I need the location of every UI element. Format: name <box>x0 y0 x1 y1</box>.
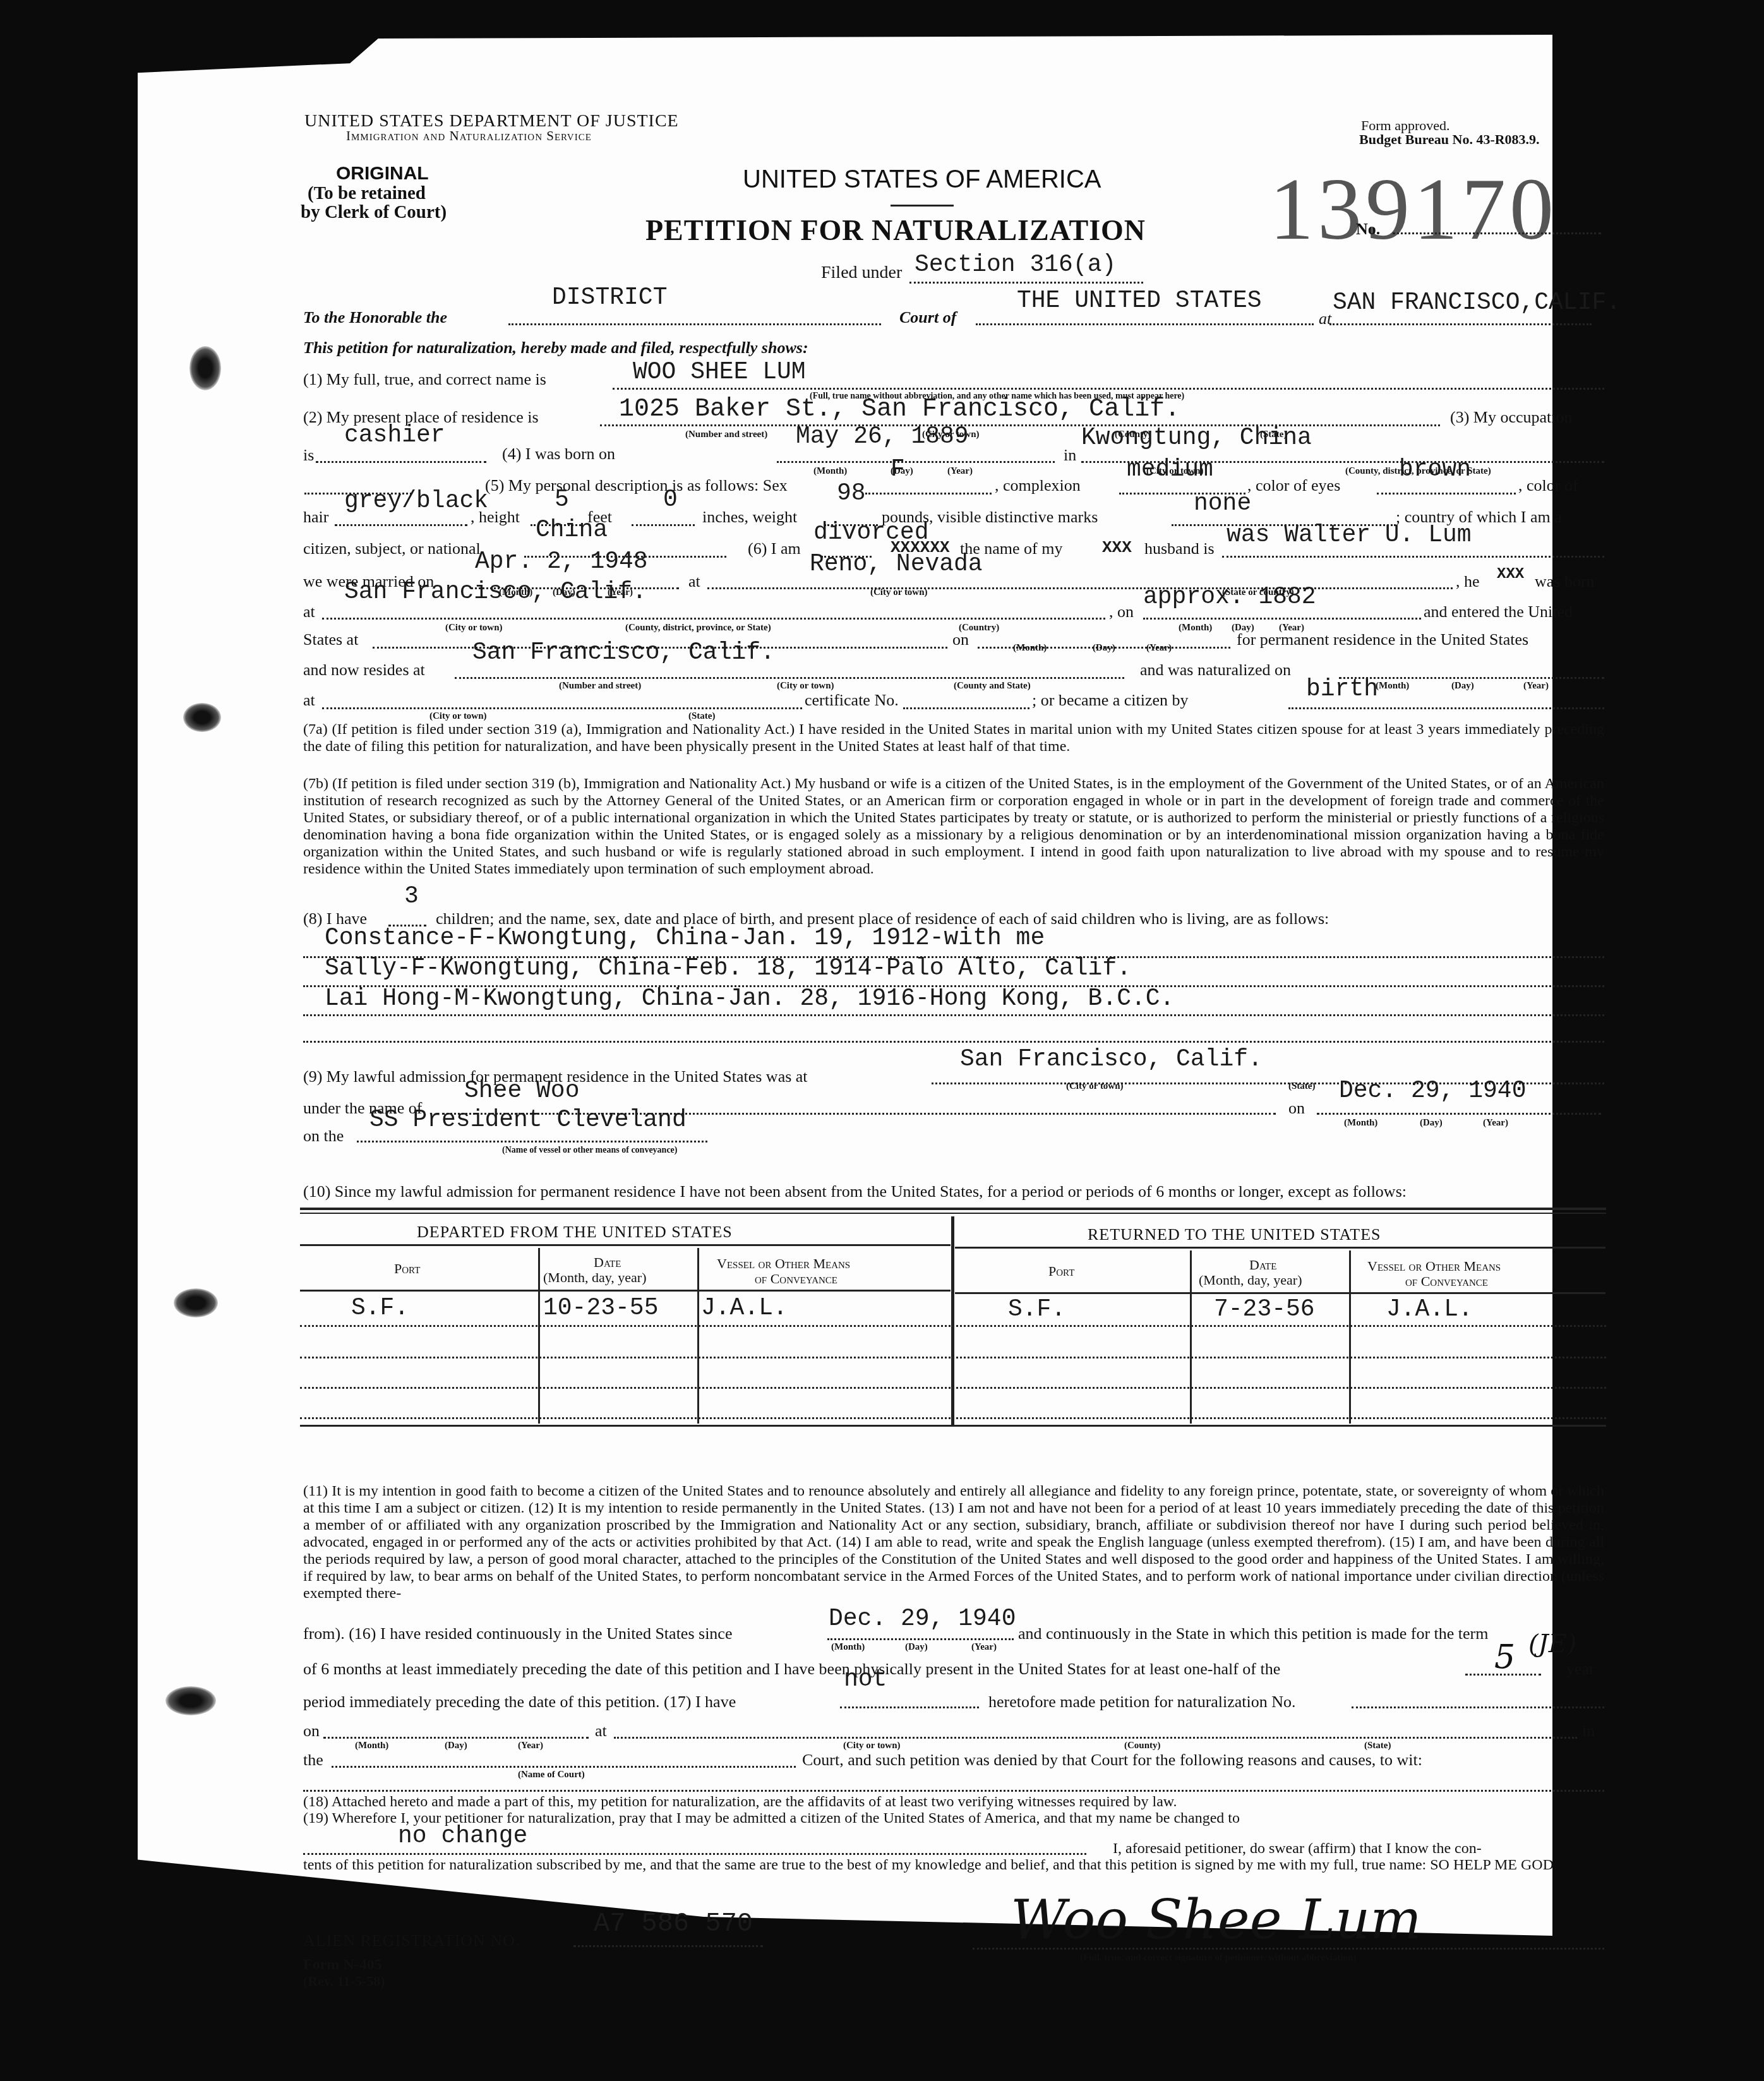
occupation-line <box>316 461 486 463</box>
vessel-value: SS President Cleveland <box>369 1106 687 1134</box>
q16-label-cont: of 6 months at least immediately precedi… <box>303 1660 1280 1679</box>
table-rule <box>300 1244 951 1246</box>
q10-label: (10) Since my lawful admission for perma… <box>303 1182 1407 1201</box>
became-label: ; or became a citizen by <box>1032 691 1189 710</box>
prior-court-line <box>332 1766 796 1768</box>
table-rule <box>955 1247 1605 1249</box>
paragraph-11-15: (11) It is my intention in good faith to… <box>303 1483 1604 1602</box>
date-caption: (Year) <box>947 466 973 477</box>
since-line <box>827 1638 1014 1640</box>
marriage-place-value: Reno, Nevada <box>810 551 983 578</box>
place-caption: (State) <box>1288 1081 1315 1092</box>
court-location: SAN FRANCISCO,CALIF. <box>1333 289 1621 316</box>
spouse-name-value: was Walter U. Lum <box>1227 522 1472 549</box>
child-entry: Constance-F-Kwongtung, China-Jan. 19, 19… <box>325 925 1045 952</box>
eyes-value: brown <box>1399 456 1471 483</box>
citizen-by-value: birth <box>1306 676 1378 703</box>
birth-date-value: May 26, 1889 <box>796 423 969 450</box>
col-date: Date <box>1249 1257 1276 1273</box>
citizen-label: citizen, subject, or national <box>303 539 481 558</box>
place-caption: (County, district, province, or State) <box>625 623 771 633</box>
place-caption: (State) <box>688 711 715 722</box>
q3-label: (3) My occupation <box>1450 408 1573 427</box>
court-line <box>1329 323 1592 325</box>
place-caption: (City or town) <box>1066 1081 1124 1092</box>
court-caption: (Name of Court) <box>518 1770 585 1780</box>
date-caption: (Day) <box>1093 643 1115 654</box>
service-name: Immigration and Naturalization Service <box>346 128 592 144</box>
child-line <box>303 1041 1604 1043</box>
date-caption: (Month) <box>355 1741 388 1751</box>
reasons-line <box>303 1790 1604 1792</box>
admission-name-value: Shee Woo <box>464 1077 579 1105</box>
punch-hole <box>165 1686 216 1715</box>
prior-at-label: at <box>595 1722 607 1741</box>
alien-reg-line <box>573 1945 763 1947</box>
residence-value: 1025 Baker St., San Francisco, Calif. <box>619 395 1180 424</box>
residence-since-value: Dec. 29, 1940 <box>829 1605 1016 1633</box>
table-top-rule <box>300 1208 1606 1210</box>
name-change-line <box>303 1853 1086 1855</box>
prior-the-label: the <box>303 1751 323 1770</box>
years-value: 5 <box>1494 1638 1515 1676</box>
place-caption: (City or town) <box>870 587 928 598</box>
date-caption: (Year) <box>1146 643 1172 654</box>
punch-hole <box>174 1288 218 1317</box>
now-resides-label: and now resides at <box>303 661 425 680</box>
children-count-value: 3 <box>404 883 419 910</box>
ret-port: S.F. <box>1008 1296 1065 1323</box>
table-divider <box>951 1216 954 1425</box>
nat-at-label: at <box>303 691 315 710</box>
spouse-struck: XXX <box>1102 538 1132 557</box>
name-line <box>613 388 1604 390</box>
col-vessel-sub: of Conveyance <box>755 1271 837 1287</box>
occupation-value: cashier <box>344 422 445 449</box>
vessel-caption: (Name of vessel or other means of convey… <box>502 1146 677 1156</box>
states-at-label: States at <box>303 630 358 649</box>
height-label: , height <box>471 508 520 527</box>
hair-value: grey/black <box>344 488 488 515</box>
sex-line <box>865 493 992 495</box>
date-caption: (Year) <box>1483 1118 1508 1129</box>
date-caption: (Month) <box>1013 643 1047 654</box>
table-row-line <box>300 1387 1606 1389</box>
date-caption: (Day) <box>1451 681 1474 692</box>
col-date-sub: (Month, day, year) <box>1199 1272 1302 1288</box>
residence-caption: (Number and street) <box>685 429 767 440</box>
cert-line <box>903 707 1029 709</box>
full-name-value: WOO SHEE LUM <box>633 359 806 386</box>
place-caption: (County) <box>1124 1741 1161 1751</box>
q16-label-cont: and continuously in the State in which t… <box>1018 1624 1488 1643</box>
spouse-birthplace-value: San Francisco, Calif. <box>344 579 647 606</box>
date-caption: (Month) <box>1179 623 1212 633</box>
date-caption: (Day) <box>905 1642 928 1653</box>
naturalized-line <box>1339 677 1604 679</box>
he-label: , he <box>1456 572 1480 591</box>
admission-on-label: on <box>1288 1099 1305 1118</box>
spouse-birthplace-line <box>322 618 1105 620</box>
col-rule <box>697 1248 699 1424</box>
height-inches-value: 0 <box>663 486 678 513</box>
date-caption: (Day) <box>445 1741 467 1751</box>
copy-note: by Clerk of Court) <box>301 202 447 223</box>
copy-note: (To be retained <box>308 183 426 204</box>
court-of-value: THE UNITED STATES <box>1017 287 1262 315</box>
petitioner-signature: Woo Shee Lum <box>1011 1888 1422 1952</box>
he-struck: XXX <box>1497 566 1524 583</box>
child-line <box>303 1014 1604 1016</box>
prior-petition-value: not <box>844 1666 887 1693</box>
vessel-line <box>357 1141 707 1142</box>
q4-label: (4) I was born on <box>502 445 615 464</box>
date-caption: (Year) <box>1523 681 1549 692</box>
was-born-label: was born <box>1535 572 1595 591</box>
prior-place-line <box>614 1737 1577 1739</box>
court-line <box>508 323 881 325</box>
col-rule <box>1349 1250 1351 1424</box>
col-vessel-sub: of Conveyance <box>1405 1273 1488 1290</box>
petition-number-label: No. <box>1356 220 1380 239</box>
alien-reg-label: ALIEN REGISTRATION NO. <box>303 1931 520 1950</box>
child-entry: Lai Hong-M-Kwongtung, China-Jan. 28, 191… <box>325 985 1174 1012</box>
marriage-date-value: Apr. 2, 1948 <box>475 548 648 575</box>
child-entry: Sally-F-Kwongtung, China-Feb. 18, 1914-P… <box>325 955 1131 982</box>
country-heading: UNITED STATES OF AMERICA <box>743 165 1101 194</box>
color-of-label: , color of <box>1518 476 1578 495</box>
departed-header: DEPARTED FROM THE UNITED STATES <box>417 1223 733 1242</box>
signature-line <box>973 1948 1604 1950</box>
inches-label: inches, weight <box>702 508 797 527</box>
permanent-label: for permanent residence in the United St… <box>1237 630 1528 649</box>
filed-under-value: Section 316(a) <box>915 251 1116 279</box>
citizen-by-line <box>1288 707 1604 709</box>
place-caption: (City or town) <box>843 1741 901 1751</box>
birth-date-line <box>777 461 1055 463</box>
date-caption: (Month) <box>1376 681 1409 692</box>
col-rule <box>1190 1250 1192 1424</box>
col-vessel: Vessel or Other Means <box>717 1256 850 1272</box>
cert-label: certificate No. <box>805 691 899 710</box>
place-caption: (City or town) <box>445 623 503 633</box>
admission-date-value: Dec. 29, 1940 <box>1339 1077 1526 1105</box>
oath-text-cont: tents of this petition for naturalizatio… <box>303 1857 1604 1874</box>
table-row-line <box>300 1417 1606 1419</box>
oath-text: I, aforesaid petitioner, do swear (affir… <box>1113 1840 1482 1857</box>
spouse-line <box>1222 556 1604 558</box>
table-row-line <box>300 1325 1606 1327</box>
table-rule <box>300 1290 951 1292</box>
in-label: in <box>1064 446 1076 465</box>
court-line <box>976 323 1314 325</box>
intro-text: This petition for naturalization, hereby… <box>303 339 808 357</box>
height-feet-value: 5 <box>555 486 569 513</box>
sex-value: F <box>891 456 905 483</box>
paragraph-7b: (7b) (If petition is filed under section… <box>303 776 1604 878</box>
prior-date-line <box>323 1737 589 1739</box>
q17-label: period immediately preceding the date of… <box>303 1693 736 1712</box>
ret-vessel: J.A.L. <box>1386 1296 1473 1323</box>
date-caption: (Month) <box>813 466 847 477</box>
divider <box>891 205 954 207</box>
hair-label: hair <box>303 508 328 527</box>
col-port: Port <box>394 1261 420 1277</box>
prior-in-label: in <box>1582 1722 1595 1741</box>
admission-date-line <box>1317 1113 1601 1115</box>
dep-vessel: J.A.L. <box>701 1295 788 1322</box>
paragraph-7a: (7a) (If petition is filed under section… <box>303 721 1604 755</box>
table-rule <box>955 1292 1605 1294</box>
form-revision: (Rev. 11-5-58) <box>303 1973 385 1989</box>
col-date: Date <box>594 1254 621 1271</box>
petition-number: 139170 <box>1269 165 1557 254</box>
birth-place-value: Kwongtung, China <box>1081 424 1312 452</box>
inches-line <box>632 524 695 526</box>
marks-value: none <box>1194 490 1251 517</box>
nat-place-line <box>322 707 802 709</box>
born-at-label: at <box>303 603 315 621</box>
on-label: , on <box>1109 603 1134 621</box>
spouse-residence-line <box>455 677 1124 679</box>
vessel-label: on the <box>303 1127 344 1146</box>
states-on-label: on <box>952 630 969 649</box>
address-caption: (City or town) <box>777 681 834 692</box>
col-port: Port <box>1048 1263 1074 1280</box>
q6-label: (6) I am <box>748 539 801 558</box>
prior-court-label: Court, and such petition was denied by t… <box>802 1751 1422 1770</box>
dep-date: 10-23-55 <box>543 1295 658 1322</box>
form-number: Form N-405 <box>303 1957 382 1974</box>
spouse-birthdate-value: approx. 1882 <box>1143 584 1316 611</box>
col-rule <box>538 1248 540 1424</box>
complexion-value: medium <box>1127 456 1213 483</box>
hair-line <box>335 524 467 526</box>
residence-line <box>600 424 1440 426</box>
returned-header: RETURNED TO THE UNITED STATES <box>1088 1225 1381 1244</box>
nationality-value: China <box>536 517 608 544</box>
court-type: DISTRICT <box>552 284 667 311</box>
court-at-label: at <box>1319 309 1331 328</box>
date-caption: (Year) <box>518 1741 543 1751</box>
is-label: is <box>303 446 314 465</box>
address-caption: (County and State) <box>954 681 1031 692</box>
petition-number-line <box>1393 232 1601 234</box>
paragraph-18: (18) Attached hereto and made a part of … <box>303 1794 1177 1811</box>
spouse-birthdate-line <box>1143 618 1421 620</box>
filed-under-label: Filed under <box>821 263 902 283</box>
married-at-label: at <box>688 572 700 591</box>
date-caption: (Day) <box>1420 1118 1443 1129</box>
spouse-residence-value: San Francisco, Calif. <box>472 639 775 666</box>
col-date-sub: (Month, day, year) <box>543 1269 647 1286</box>
naturalized-label: and was naturalized on <box>1140 661 1291 680</box>
marriage-place-line <box>707 587 1453 589</box>
table-row-line <box>300 1357 1606 1358</box>
copy-label: ORIGINAL <box>336 163 429 184</box>
q5-label: (5) My personal description is as follow… <box>485 476 788 495</box>
spouse-label: husband is <box>1144 539 1215 558</box>
year-label: year <box>1566 1660 1595 1679</box>
petition-no-line <box>1352 1706 1604 1708</box>
weight-value: 98 <box>837 480 866 507</box>
prior-petition-line <box>840 1706 979 1708</box>
date-caption: (Year) <box>971 1642 997 1653</box>
ret-date: 7-23-56 <box>1214 1296 1315 1323</box>
place-caption: (State) <box>1364 1741 1391 1751</box>
place-caption: (City or town) <box>429 711 487 722</box>
punch-hole <box>189 346 221 390</box>
complexion-label: , complexion <box>995 476 1081 495</box>
page-title: PETITION FOR NATURALIZATION <box>645 213 1146 247</box>
filed-under-line <box>909 282 1143 284</box>
date-caption: (Month) <box>1344 1118 1377 1129</box>
entered-label: and entered the United <box>1424 603 1573 621</box>
years-note: (JE) <box>1528 1629 1576 1658</box>
budget-bureau: Budget Bureau No. 43-R083.9. <box>1359 131 1540 148</box>
eyes-label: , color of eyes <box>1247 476 1340 495</box>
q17-label-cont: heretofore made petition for naturalizat… <box>988 1693 1296 1712</box>
signature-caption: (Full, true, and correct signature of pe… <box>1080 1953 1356 1964</box>
eyes-line <box>1377 493 1516 495</box>
table-top-rule <box>300 1213 1606 1214</box>
punch-hole <box>183 703 221 732</box>
address-caption: (Number and street) <box>559 681 641 692</box>
court-of-label: Court of <box>899 308 956 327</box>
q1-label: (1) My full, true, and correct name is <box>303 370 546 389</box>
date-caption: (Month) <box>831 1642 865 1653</box>
admission-place-value: San Francisco, Calif. <box>960 1046 1263 1073</box>
col-vessel: Vessel or Other Means <box>1367 1258 1501 1274</box>
court-to-label: To the Honorable the <box>303 308 447 327</box>
dep-port: S.F. <box>351 1295 409 1322</box>
name-change-value: no change <box>398 1823 527 1850</box>
table-bottom-rule <box>300 1425 1606 1427</box>
q16-label: from). (16) I have resided continuously … <box>303 1624 732 1643</box>
alien-reg-value: A7 586 570 <box>594 1909 753 1939</box>
prior-on-label: on <box>303 1722 320 1741</box>
